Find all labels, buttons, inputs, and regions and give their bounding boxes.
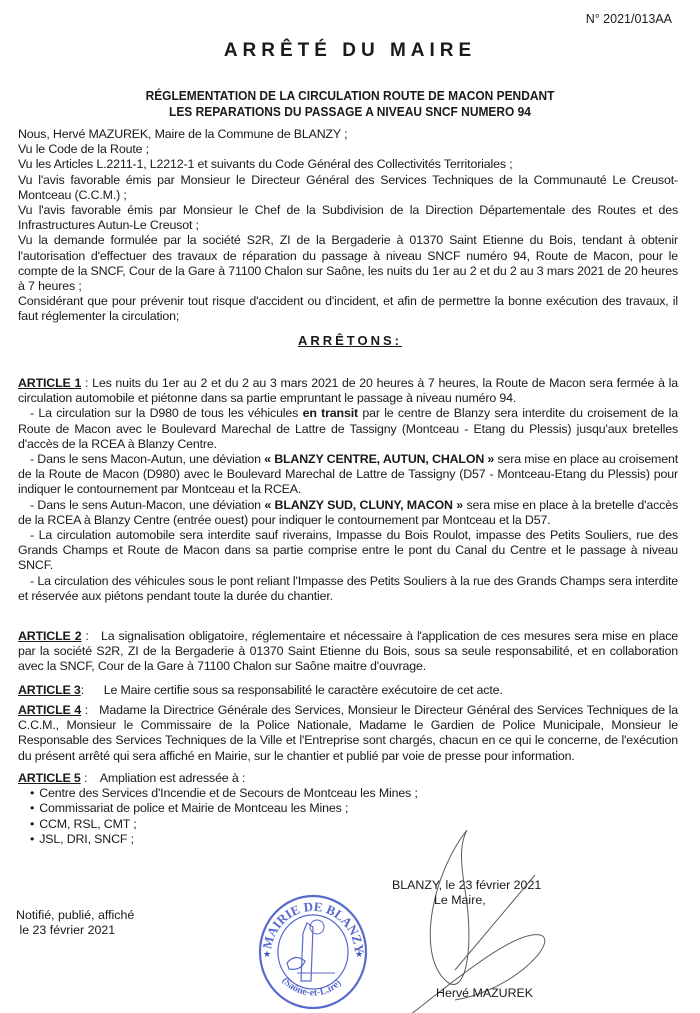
svg-text:★: ★ bbox=[263, 949, 271, 959]
article-2-label: ARTICLE 2 bbox=[18, 629, 81, 643]
article-4-text: : Madame la Directrice Générale des Serv… bbox=[18, 703, 681, 763]
article-4: ARTICLE 4 : Madame la Directrice Général… bbox=[18, 703, 678, 764]
recipient-item: Centre des Services d'Incendie et de Sec… bbox=[30, 786, 678, 801]
notification-line-1: Notifié, publié, affiché bbox=[16, 908, 134, 923]
notification-line-2: le 23 février 2021 bbox=[16, 923, 134, 938]
svg-text:★: ★ bbox=[355, 949, 363, 959]
article-1-para-5: - La circulation des véhicules sous le p… bbox=[18, 574, 678, 604]
preamble: Nous, Hervé MAZUREK, Maire de la Commune… bbox=[18, 127, 678, 325]
document-title: ARRÊTÉ DU MAIRE bbox=[0, 40, 700, 62]
recipient-item: Commissariat de police et Mairie de Mont… bbox=[30, 801, 678, 816]
recipient-item: CCM, RSL, CMT ; bbox=[30, 817, 678, 832]
detour-label-1: « BLANZY CENTRE, AUTUN, CHALON » bbox=[264, 452, 494, 466]
article-4-label: ARTICLE 4 bbox=[18, 703, 81, 717]
article-2: ARTICLE 2 : La signalisation obligatoire… bbox=[18, 629, 678, 675]
article-1-para-3: - Dans le sens Autun-Macon, une déviatio… bbox=[30, 498, 264, 512]
preamble-line: Considérant que pour prévenir tout risqu… bbox=[18, 294, 678, 324]
preamble-line: Vu l'avis favorable émis par Monsieur le… bbox=[18, 173, 678, 203]
arretons-heading: ARRÊTONS: bbox=[0, 333, 700, 348]
article-1-para-2: - Dans le sens Macon-Autun, une déviatio… bbox=[30, 452, 264, 466]
signer-name: Hervé MAZUREK bbox=[436, 986, 533, 1000]
article-1-para-1: - La circulation sur la D980 de tous les… bbox=[30, 406, 303, 420]
article-2-text: : La signalisation obligatoire, réglemen… bbox=[18, 629, 681, 673]
preamble-line: Vu le Code de la Route ; bbox=[18, 142, 678, 157]
recipient-list: Centre des Services d'Incendie et de Sec… bbox=[18, 786, 678, 847]
preamble-line: Vu les Articles L.2211-1, L2212-1 et sui… bbox=[18, 157, 678, 172]
article-5-text: : Ampliation est adressée à : bbox=[81, 771, 245, 785]
document-subtitle: RÉGLEMENTATION DE LA CIRCULATION ROUTE D… bbox=[28, 88, 672, 120]
article-3: ARTICLE 3: Le Maire certifie sous sa res… bbox=[18, 683, 678, 698]
detour-label-2: « BLANZY SUD, CLUNY, MACON » bbox=[264, 498, 463, 512]
article-1: ARTICLE 1 : Les nuits du 1er au 2 et du … bbox=[18, 376, 678, 604]
preamble-line: Nous, Hervé MAZUREK, Maire de la Commune… bbox=[18, 127, 678, 142]
article-5: ARTICLE 5 : Ampliation est adressée à : … bbox=[18, 771, 678, 847]
notification-block: Notifié, publié, affiché le 23 février 2… bbox=[16, 908, 134, 938]
article-3-text: : Le Maire certifie sous sa responsabili… bbox=[81, 683, 503, 697]
article-3-label: ARTICLE 3 bbox=[18, 683, 81, 697]
recipient-item: JSL, DRI, SNCF ; bbox=[30, 832, 678, 847]
preamble-line: Vu la demande formulée par la société S2… bbox=[18, 233, 678, 294]
subtitle-line-1: RÉGLEMENTATION DE LA CIRCULATION ROUTE D… bbox=[28, 88, 672, 104]
mairie-stamp-icon: MAIRIE DE BLANZY (Saône-et-L.ire) ★ ★ bbox=[257, 893, 369, 1011]
preamble-line: Vu l'avis favorable émis par Monsieur le… bbox=[18, 203, 678, 233]
subtitle-line-2: LES REPARATIONS DU PASSAGE A NIVEAU SNCF… bbox=[28, 104, 672, 120]
article-5-label: ARTICLE 5 bbox=[18, 771, 81, 785]
article-1-label: ARTICLE 1 bbox=[18, 376, 81, 390]
article-1-para-4: - La circulation automobile sera interdi… bbox=[18, 528, 678, 574]
article-1-intro: : Les nuits du 1er au 2 et du 2 au 3 mar… bbox=[18, 376, 678, 405]
reference-number: N° 2021/013AA bbox=[586, 12, 672, 26]
article-1-emphasis: en transit bbox=[303, 406, 358, 420]
